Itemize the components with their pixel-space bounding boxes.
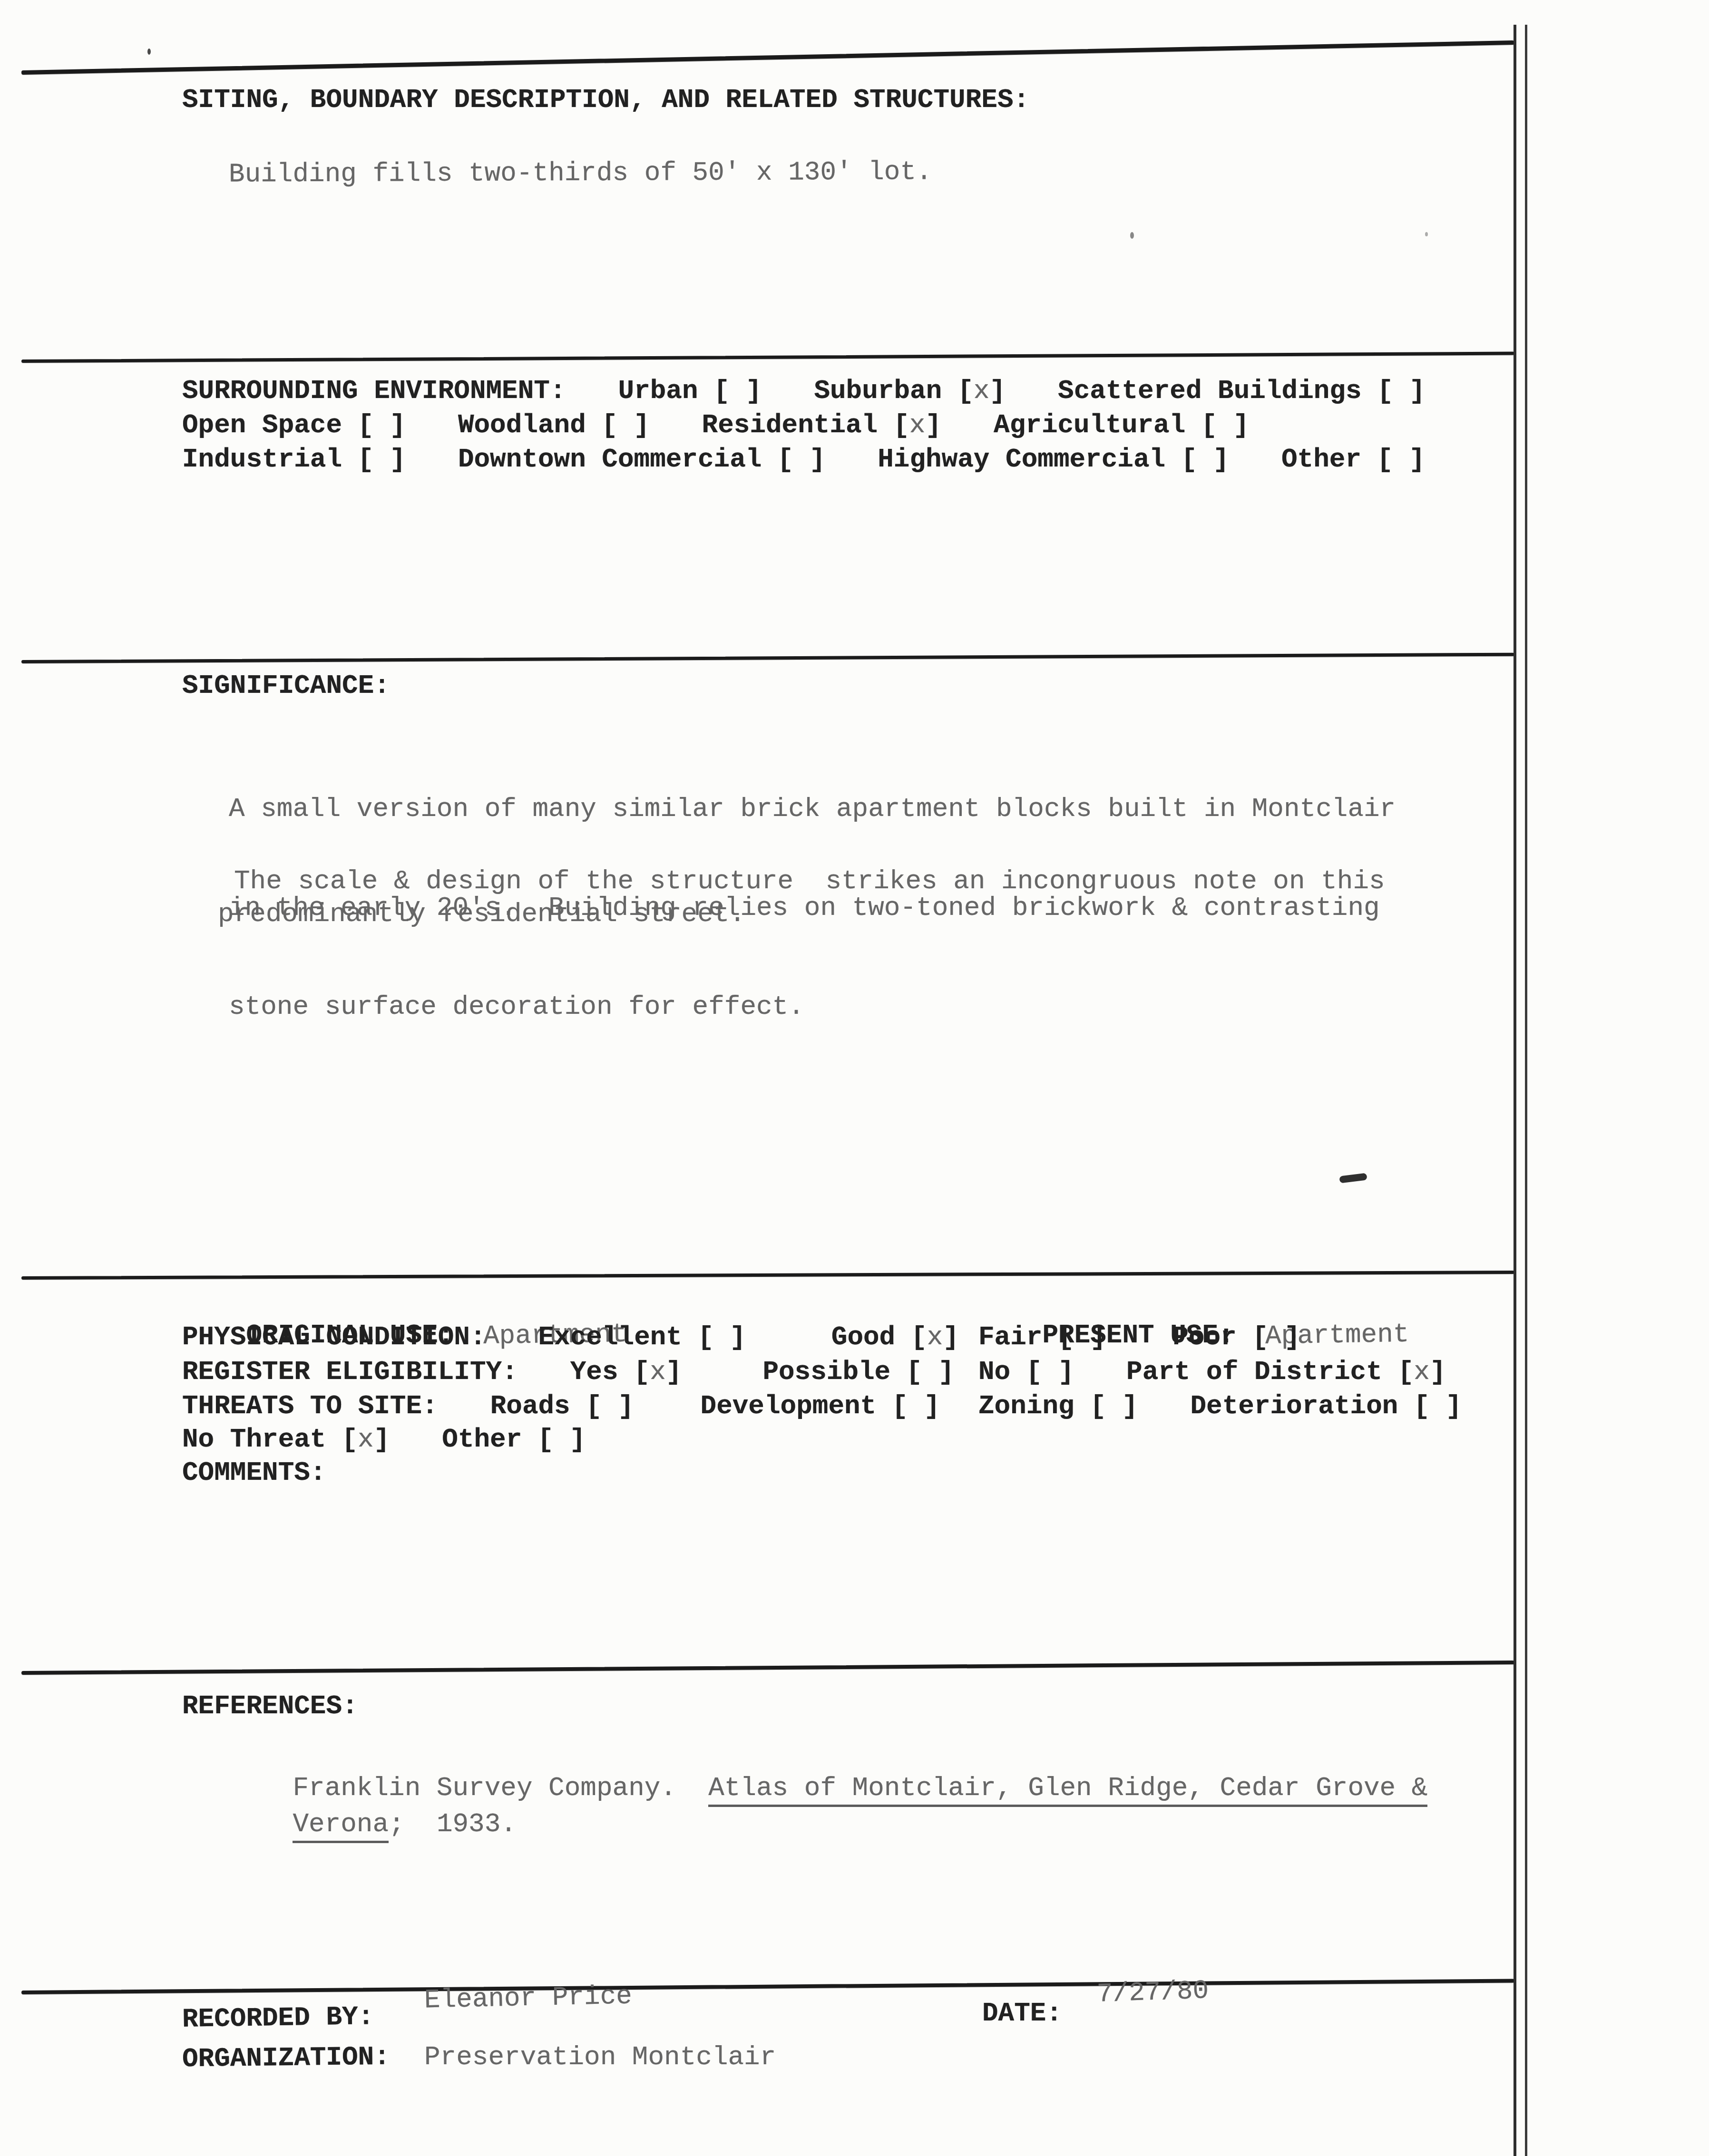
checkbox-mark: x <box>650 1356 666 1388</box>
checkbox-label: Scattered Buildings <box>1058 375 1362 407</box>
checkbox-bracket-open: [ <box>911 1321 927 1353</box>
checkbox-industrial: Industrial[ ] <box>182 443 406 476</box>
checkbox-bracket-close: ] <box>1430 1356 1446 1388</box>
checkbox-bracket-close: ] <box>1409 443 1425 476</box>
checkbox-mark: x <box>927 1321 943 1353</box>
physical-condition-line-right: Fair[ ] Poor[ ] <box>978 1321 1300 1353</box>
checkbox-label: Suburban <box>814 375 942 407</box>
checkbox-open-space: Open Space[ ] <box>182 409 406 441</box>
siting-heading: SITING, BOUNDARY DESCRIPTION, AND RELATE… <box>182 84 1029 116</box>
right-margin-line-inner <box>1514 25 1516 2156</box>
threats-line-2: No Threat[x] Other[ ] <box>182 1423 586 1456</box>
section-divider-significance <box>21 653 1514 663</box>
date-value: 7/27/80 <box>1096 1974 1209 2010</box>
checkbox-bracket-close: ] <box>618 1390 634 1422</box>
checkbox-bracket-open: [ <box>906 1356 922 1388</box>
checkbox-bracket-close: ] <box>1409 375 1426 407</box>
checkbox-bracket-open: [ <box>1026 1356 1042 1388</box>
checkbox-bracket-open: [ <box>1377 443 1393 476</box>
scan-speck <box>1130 232 1134 239</box>
checkbox-bracket-open: [ <box>1058 1321 1074 1353</box>
section-divider-environment <box>21 352 1514 363</box>
checkbox-bracket-close: ] <box>938 1356 954 1388</box>
checkbox-mark <box>730 375 746 407</box>
date-label: DATE: <box>982 1997 1062 2030</box>
checkbox-mark <box>1074 1321 1090 1353</box>
checkbox-label: Excellent <box>538 1321 682 1353</box>
checkbox-bracket-open: [ <box>1201 409 1217 441</box>
register-eligibility-label: REGISTER ELIGIBILITY: <box>182 1356 518 1388</box>
scanned-form-page: SITING, BOUNDARY DESCRIPTION, AND RELATE… <box>0 0 1709 2156</box>
checkbox-mark <box>374 409 390 441</box>
checkbox-mark: x <box>974 375 990 407</box>
checkbox-label: Roads <box>490 1390 570 1422</box>
checkbox-scattered-buildings: Scattered Buildings[ ] <box>1058 375 1425 407</box>
significance-heading: SIGNIFICANCE: <box>182 670 390 702</box>
checkbox-bracket-close: ] <box>1090 1321 1106 1353</box>
checkbox-bracket-open: [ <box>537 1423 554 1456</box>
physical-condition-label: PHYSICAL CONDITION: <box>182 1321 486 1353</box>
checkbox-residential: Residential[x] <box>702 409 942 441</box>
environment-heading: SURROUNDING ENVIRONMENT: <box>182 375 566 407</box>
checkbox-bracket-open: [ <box>1252 1321 1269 1353</box>
checkbox-bracket-open: [ <box>777 443 793 476</box>
citation-year: ; 1933. <box>389 1809 517 1839</box>
checkbox-label: Urban <box>618 375 698 407</box>
checkbox-development: Development[ ] <box>701 1390 940 1422</box>
physical-condition-line-left: PHYSICAL CONDITION: Excellent[ ] Good[x] <box>182 1321 959 1353</box>
checkbox-label: Residential <box>702 409 878 441</box>
checkbox-fair: Fair[ ] <box>978 1321 1106 1353</box>
checkbox-bracket-open: [ <box>358 409 374 441</box>
checkbox-bracket-open: [ <box>1414 1390 1430 1422</box>
checkbox-mark <box>602 1390 618 1422</box>
checkbox-bracket-close: ] <box>810 443 826 476</box>
checkbox-bracket-close: ] <box>925 409 941 441</box>
checkbox-bracket-open: [ <box>893 409 909 441</box>
text-line: A small version of many similar brick ap… <box>229 792 1396 826</box>
checkbox-label: Fair <box>978 1321 1042 1353</box>
checkbox-bracket-close: ] <box>1122 1390 1138 1422</box>
checkbox-bracket-close: ] <box>570 1423 586 1456</box>
environment-row-1: SURROUNDING ENVIRONMENT: Urban[ ] Suburb… <box>182 375 1425 407</box>
checkbox-label: Highway Commercial <box>878 443 1165 476</box>
checkbox-mark <box>922 1356 938 1388</box>
checkbox-mark <box>1197 443 1213 476</box>
checkbox-bracket-close: ] <box>943 1321 959 1353</box>
checkbox-env-other: Other[ ] <box>1281 443 1425 476</box>
checkbox-bracket-close: ] <box>730 1321 746 1353</box>
checkbox-bracket-close: ] <box>390 409 406 441</box>
recorded-by-label: RECORDED BY: <box>182 2001 374 2036</box>
checkbox-label: Industrial <box>182 443 342 476</box>
checkbox-bracket-close: ] <box>1446 1390 1462 1422</box>
checkbox-excellent: Excellent[ ] <box>538 1321 746 1353</box>
checkbox-mark: x <box>358 1423 374 1456</box>
checkbox-bracket-close: ] <box>634 409 650 441</box>
organization-value: Preservation Montclair <box>424 2041 776 2073</box>
checkbox-bracket-close: ] <box>989 375 1006 407</box>
checkbox-urban: Urban[ ] <box>618 375 762 407</box>
checkbox-mark <box>374 443 390 476</box>
checkbox-good: Good[x] <box>831 1321 959 1353</box>
checkbox-woodland: Woodland[ ] <box>458 409 650 441</box>
register-eligibility-line-left: REGISTER ELIGIBILITY: Yes[x] Possible[ ] <box>182 1356 954 1388</box>
scan-speck <box>147 49 151 55</box>
checkbox-bracket-close: ] <box>666 1356 682 1388</box>
checkbox-mark <box>1393 443 1409 476</box>
checkbox-bracket-open: [ <box>586 1390 602 1422</box>
significance-paragraph-2-line-2: predominantly residential street. <box>218 898 745 930</box>
checkbox-mark <box>714 1321 730 1353</box>
checkbox-mark <box>617 409 634 441</box>
siting-entry: Building fills two-thirds of 50' x 130' … <box>229 155 932 190</box>
checkbox-label: No <box>978 1356 1010 1388</box>
checkbox-roads: Roads[ ] <box>490 1390 634 1422</box>
checkbox-bracket-open: [ <box>602 409 618 441</box>
checkbox-bracket-open: [ <box>1090 1390 1106 1422</box>
checkbox-bracket-open: [ <box>634 1356 650 1388</box>
checkbox-highway-commercial: Highway Commercial[ ] <box>878 443 1229 476</box>
checkbox-label: Development <box>701 1390 877 1422</box>
checkbox-label: Agricultural <box>994 409 1185 441</box>
checkbox-bracket-open: [ <box>1398 1356 1414 1388</box>
checkbox-mark <box>1393 375 1409 407</box>
register-eligibility-line-right: No[ ] Part of District[x] <box>978 1356 1446 1388</box>
threats-line-right: Zoning[ ] Deterioration[ ] <box>978 1390 1462 1422</box>
checkbox-bracket-open: [ <box>892 1390 908 1422</box>
checkbox-label: Possible <box>762 1356 890 1388</box>
checkbox-mark <box>1217 409 1233 441</box>
checkbox-bracket-open: [ <box>714 375 730 407</box>
checkbox-bracket-open: [ <box>358 443 374 476</box>
checkbox-bracket-open: [ <box>1181 443 1197 476</box>
threats-line-left: THREATS TO SITE: Roads[ ] Development[ ] <box>182 1390 940 1422</box>
checkbox-zoning: Zoning[ ] <box>978 1390 1138 1422</box>
checkbox-bracket-open: [ <box>342 1423 358 1456</box>
citation-title-part-2: Verona <box>293 1809 389 1843</box>
checkbox-label: Downtown Commercial <box>458 443 762 476</box>
checkbox-eligibility-no: No[ ] <box>978 1356 1074 1388</box>
checkbox-label: Zoning <box>978 1390 1074 1422</box>
organization-label: ORGANIZATION: <box>182 2041 391 2076</box>
checkbox-bracket-open: [ <box>957 375 974 407</box>
checkbox-mark <box>1042 1356 1058 1388</box>
checkbox-mark <box>1430 1390 1446 1422</box>
checkbox-part-of-district: Part of District[x] <box>1126 1356 1446 1388</box>
checkbox-bracket-close: ] <box>924 1390 940 1422</box>
checkbox-mark <box>1268 1321 1284 1353</box>
section-divider-references <box>21 1661 1514 1675</box>
recorded-by-value: Eleanor Price <box>424 1980 632 2016</box>
section-divider-top <box>21 40 1514 75</box>
checkbox-eligibility-possible: Possible[ ] <box>762 1356 954 1388</box>
checkbox-bracket-close: ] <box>1284 1321 1300 1353</box>
checkbox-label: Other <box>1281 443 1361 476</box>
checkbox-bracket-open: [ <box>1377 375 1394 407</box>
right-margin-line-outer <box>1525 25 1527 2156</box>
checkbox-label: Poor <box>1172 1321 1236 1353</box>
citation-title-part-1: Atlas of Montclair, Glen Ridge, Cedar Gr… <box>708 1773 1427 1807</box>
checkbox-threat-other: Other[ ] <box>442 1423 586 1456</box>
checkbox-label: No Threat <box>182 1423 326 1456</box>
checkbox-downtown-commercial: Downtown Commercial[ ] <box>458 443 825 476</box>
checkbox-mark <box>908 1390 924 1422</box>
checkbox-mark: x <box>1414 1356 1430 1388</box>
checkbox-label: Other <box>442 1423 522 1456</box>
text-line: stone surface decoration for effect. <box>229 990 1396 1024</box>
checkbox-poor: Poor[ ] <box>1172 1321 1300 1353</box>
threats-label: THREATS TO SITE: <box>182 1390 438 1422</box>
checkbox-no-threat: No Threat[x] <box>182 1423 390 1456</box>
checkbox-eligibility-yes: Yes[x] <box>570 1356 682 1388</box>
environment-row-2: Open Space[ ] Woodland[ ] Residential[x]… <box>182 409 1249 441</box>
checkbox-mark <box>554 1423 570 1456</box>
section-divider-use <box>21 1271 1514 1280</box>
checkbox-bracket-close: ] <box>390 443 406 476</box>
reference-citation-line-2: Verona; 1933. <box>229 1776 517 1873</box>
checkbox-mark <box>793 443 810 476</box>
environment-row-3: Industrial[ ] Downtown Commercial[ ] Hig… <box>182 443 1425 476</box>
checkbox-bracket-close: ] <box>1058 1356 1074 1388</box>
checkbox-label: Good <box>831 1321 895 1353</box>
checkbox-bracket-close: ] <box>746 375 762 407</box>
checkbox-suburban: Suburban[x] <box>814 375 1006 407</box>
checkbox-agricultural: Agricultural[ ] <box>994 409 1249 441</box>
checkbox-label: Yes <box>570 1356 618 1388</box>
checkbox-bracket-close: ] <box>1213 443 1229 476</box>
ink-dash-mark <box>1339 1173 1367 1184</box>
checkbox-deterioration: Deterioration[ ] <box>1190 1390 1462 1422</box>
checkbox-mark <box>1106 1390 1122 1422</box>
checkbox-bracket-close: ] <box>1233 409 1250 441</box>
scan-speck <box>1425 232 1428 236</box>
checkbox-label: Deterioration <box>1190 1390 1398 1422</box>
checkbox-bracket-close: ] <box>374 1423 390 1456</box>
references-heading: REFERENCES: <box>182 1690 358 1722</box>
checkbox-label: Woodland <box>458 409 586 441</box>
significance-paragraph-2-line-1: The scale & design of the structure stri… <box>234 865 1385 897</box>
comments-label: COMMENTS: <box>182 1457 326 1489</box>
checkbox-mark: x <box>909 409 926 441</box>
checkbox-bracket-open: [ <box>698 1321 714 1353</box>
checkbox-label: Open Space <box>182 409 342 441</box>
checkbox-label: Part of District <box>1126 1356 1382 1388</box>
section-divider-footer <box>21 1979 1514 1994</box>
